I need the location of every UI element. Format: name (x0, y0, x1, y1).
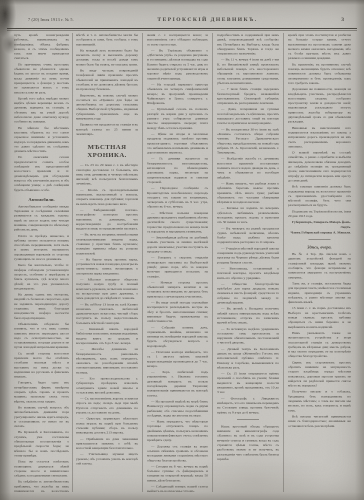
article-paragraph: Во всякомъ случаѣ вопросъ объ автомобиль… (14, 405, 69, 428)
article-paragraph: Одинъ изъ старожиловъ проситъ обратить в… (288, 360, 351, 388)
article-paragraph: — 7 іюля близъ станціи задержанъ безпасп… (217, 87, 279, 106)
article-paragraph: — Учительница музыки ищетъ уроковъ; объ … (76, 452, 138, 466)
article-paragraph: Намъ указываютъ также на желательность у… (288, 331, 351, 359)
article-paragraph: — Хоръ любителей подъ управленіемъ г. Ив… (147, 370, 208, 398)
article-paragraph: — Намъ передаютъ, что нѣкоторые торговцы… (147, 420, 208, 443)
subsection-header: Здѣсь, вчера. (288, 245, 351, 250)
section-header-local-chronicle: МѢСТНАЯ ХРОНИКА. (76, 143, 138, 159)
article-paragraph: — Мѣстная вольная пожарная дружина празд… (147, 211, 208, 234)
article-paragraph: — Завѣдывающій почтово-телеграфною конто… (76, 208, 138, 231)
article-paragraph: подробностямъ и содержимой при немъ давк… (217, 33, 279, 56)
article-paragraph: женія с. г. воспрещается вовсе; за испол… (147, 33, 208, 47)
article-paragraph: — Въ субботу 13 іюля въ залѣ Казино назн… (76, 302, 138, 325)
article-paragraph: Всѣ письма читателей принимаются нами съ… (288, 414, 351, 428)
article-paragraph: Дорожныя же повинности, лежащія на владѣ… (288, 87, 351, 124)
column-rule (143, 33, 144, 492)
article-paragraph: — Катанье на лодкахъ по вечерамъ сдѣлало… (217, 206, 279, 225)
column-rule (284, 33, 285, 492)
newspaper-column-4: подробностямъ и содержимой при немъ давк… (217, 33, 279, 492)
article-paragraph: — За истекшую недѣлю урядникомъ составле… (217, 327, 279, 346)
article-paragraph: Подписано въ Теріокской волости, іюня 29… (288, 209, 351, 218)
article-paragraph: — Сегодня въ 8 час. вечера въ паркѣ боль… (147, 464, 208, 483)
masthead-double-rule (7, 28, 357, 31)
article-paragraph: кромѣ при этомъ постигнутая и разбитая н… (288, 33, 351, 61)
article-paragraph: — Съ 15 іюля открывается пріемъ прошеній… (217, 372, 279, 395)
article-paragraph: Получено письмо и о собакахъ, бродящихъ … (288, 390, 351, 413)
article-paragraph: — Въ воскресенье 30-го іюня въ залѣ «Каз… (217, 127, 279, 155)
article-paragraph: — Слѣдующій номеръ нашей газеты выйдетъ … (147, 485, 208, 492)
article-paragraph: По окончаніи сезона предполагается созва… (14, 155, 69, 192)
issue-date-number: 7 (20) Іюля 1913 г. № 5. (28, 17, 74, 22)
article-paragraph: — Кіоскъ съ прохладительными напитками, … (76, 188, 138, 207)
article-paragraph: Виновные въ неисполненіи сего подвергают… (288, 126, 351, 149)
article-paragraph: Въ Куоккалѣ и Келломякахъ, по слухамъ, у… (14, 430, 69, 458)
article-paragraph: Было бы желательно, чтобы гг. шоферы соб… (14, 263, 69, 291)
article-paragraph: Кромѣ того здѣсь нерѣдко можно видѣть цѣ… (14, 96, 69, 124)
article-paragraph: Говорятъ, будто одна изъ петербургскихъ … (14, 381, 69, 404)
article-paragraph: — Купальный сезонъ въ полномъ разгарѣ: в… (147, 107, 208, 130)
article-paragraph: Автомобильное сообщеніе между Теріоками … (14, 204, 69, 232)
article-paragraph: Не мѣшало бы мѣстнымъ властямъ обратить … (14, 126, 69, 154)
article-paragraph: — Пароходное сообщеніе съ Кронштадтомъ в… (147, 186, 208, 209)
newspaper-column-3: женія с. г. воспрещается вовсе; за испол… (147, 33, 208, 492)
article-paragraph: — Книжный шкапъ народной библіотеки попо… (76, 327, 138, 346)
article-paragraph: — Учащіеся мѣстной народной школы соверш… (217, 246, 279, 265)
article-paragraph: На дняхъ одинъ изъ моторовъ, шедшій съ б… (14, 293, 69, 321)
newspaper-column-5: кромѣ при этомъ постигнутая и разбитая н… (288, 33, 351, 492)
article-paragraph: путь кромѣ вознагражденія рабочихъ, нани… (14, 33, 69, 61)
article-paragraph: — Въ виду сухой погоды строжайше воспрещ… (147, 301, 208, 324)
article-paragraph: — Въ четвергъ на рынкѣ продавался судакъ… (217, 226, 279, 245)
article-paragraph: — Въ ночь на вторникъ неизвѣстными злоум… (76, 233, 138, 256)
article-paragraph: — Дорожка отъ станціи къ морю осыпана св… (147, 444, 208, 463)
article-paragraph: Пока же остается совѣтовать гуляющимъ де… (14, 460, 69, 479)
article-paragraph: — Съ 23 по 29 іюня с. г. въ мѣстную сана… (76, 163, 138, 186)
article-paragraph: Обывателямъ слѣдовало бы помнить, что и … (14, 322, 69, 350)
article-paragraph: — Прибывшіе на дачи чиновники приглашают… (76, 437, 138, 451)
article-paragraph: — Дачный театръ въ Келломякахъ давалъ въ… (217, 347, 279, 370)
article-paragraph: Плата за проѣздъ невысока, и публика охо… (14, 234, 69, 262)
article-paragraph: — Вслѣдствіе жалобъ гг. дачниковъ волост… (217, 157, 279, 180)
article-paragraph: Съ своей стороны волостное правленіе мог… (14, 351, 69, 379)
article-paragraph: — Землемѣрныя работы по разбивкѣ новыхъ … (147, 236, 208, 255)
article-paragraph: Въ № 4 Тер. Дн. писали намъ о дурномъ ус… (288, 252, 351, 280)
article-paragraph: Нашъ крестный обходъ обращаетъ вниманіе … (217, 424, 279, 461)
signature-line: Губернаторъ, Генералъ-Маіоръ фонъ-Эндтъ. (288, 220, 351, 229)
article-paragraph: — Говорятъ о скоромъ открытіи аптекарска… (147, 256, 208, 279)
newspaper-title: ТЕРІОКСКІЙ ДНЕВНИКЪ. (157, 17, 257, 23)
article-paragraph: По причинамъ очень простымъ обыватели не… (14, 62, 69, 95)
article-paragraph: — Гг. дачники жалуются на безцеремонност… (147, 157, 208, 185)
article-paragraph: — Велосипедъ, оставленный у почтовой кон… (217, 266, 279, 280)
article-paragraph: Правила эти продаются на станціи и въ ко… (76, 123, 138, 137)
page-number: 3 (341, 17, 344, 23)
article-paragraph: — Жалобы дачниковъ на безцеремонность ры… (76, 347, 138, 375)
article-paragraph: На мокрый лугъ возможно было бы насыпать… (76, 48, 138, 67)
article-paragraph: — На прошлой недѣлѣ въ морѣ близъ Ваммел… (147, 399, 208, 418)
article-paragraph: мѣстѣ и т. п. автомобилисты могли бы соо… (76, 33, 138, 47)
newspaper-column-1: путь кромѣ вознагражденія рабочихъ, нани… (14, 33, 69, 492)
article-paragraph: — Фотографъ г. Линдквистъ извѣщаетъ, что… (217, 396, 279, 415)
article-paragraph: — Дама, потерявшая на гуляньи золотой ме… (217, 107, 279, 126)
article-paragraph: — Съ наступленіемъ жаровъ усилился спрос… (76, 397, 138, 416)
article-paragraph: — Его превосходительство г. губернаторъ … (76, 377, 138, 396)
article-paragraph: — Общество благоустройства пріобрѣло для… (217, 282, 279, 305)
column-rule (213, 33, 214, 492)
masthead: 7 (20) Іюля 1913 г. № 5. ТЕРІОКСКІЙ ДНЕВ… (28, 17, 344, 23)
article-paragraph: — Мѣстное пожарное общество получило нов… (76, 278, 138, 301)
column-rule (73, 33, 74, 492)
article-paragraph: — Оркестръ куринскаго пѣхотнаго полка иг… (76, 417, 138, 436)
scanned-newspaper-page: 7 (20) Іюля 1913 г. № 5. ТЕРІОКСКІЙ ДНЕВ… (0, 0, 364, 500)
article-paragraph: Къ свѣдѣнію гг. автомобилистовъ прибавим… (14, 480, 69, 492)
divider-rule (309, 240, 331, 241)
article-paragraph: — Намъ пишутъ, что рыбная ловля у здѣшни… (217, 181, 279, 204)
signature-line: Членъ Губернской управы А. Мякиля. (288, 230, 351, 235)
article-paragraph: — Собраніе хозяевъ дачъ, отдаваемыхъ вна… (147, 325, 208, 348)
newspaper-column-2: мѣстѣ и т. п. автомобилисты могли бы соо… (76, 33, 138, 492)
newspaper-page-surface: 7 (20) Іюля 1913 г. № 5. ТЕРІОКСКІЙ ДНЕВ… (0, 0, 364, 500)
divider-rule (237, 419, 259, 420)
article-paragraph: — На берегу моря, противъ парка, устраив… (76, 257, 138, 276)
article-paragraph: Въ виду частыхъ поврежденій телефонной л… (76, 69, 138, 92)
article-paragraph: Всѣ таковыя заявленія должны быть подава… (288, 185, 351, 208)
article-paragraph: Впрочемъ, въ новомъ случаѣ можно сослать… (76, 93, 138, 121)
article-paragraph: — Въ аптекѣ г. Вальдена полученъ свѣжій … (217, 307, 279, 326)
article-paragraph: — На эстрадѣ парковаго оркестра объявлен… (147, 82, 208, 105)
article-paragraph: О всякой перемѣнѣ въ составѣ семействъ, … (288, 151, 351, 184)
article-paragraph: — Почтовая контора извѣщаетъ, что съ 1 а… (147, 350, 208, 369)
article-paragraph: — Ночные сторожа просятъ обывателей запи… (147, 280, 208, 299)
article-paragraph: — Въ Теріокахъ объявлено о «Дѣтскомъ утр… (147, 48, 208, 81)
article-paragraph: — Въ 11 ч. вечера 4 іюля на дачѣ г-жи К.… (217, 58, 279, 86)
article-paragraph: 15 іюня с. г. въ паркъ доставлены изъ Вы… (288, 306, 351, 329)
article-paragraph: — Цѣны на ягоды и молочные продукты подн… (147, 132, 208, 155)
article-paragraph: Къ правленію, въ противномъ случаѣ помощ… (288, 62, 351, 85)
subsection-header: Автомобили. (14, 197, 69, 202)
article-paragraph: Тамъ же, у станціи, поставлена будка для… (288, 281, 351, 304)
